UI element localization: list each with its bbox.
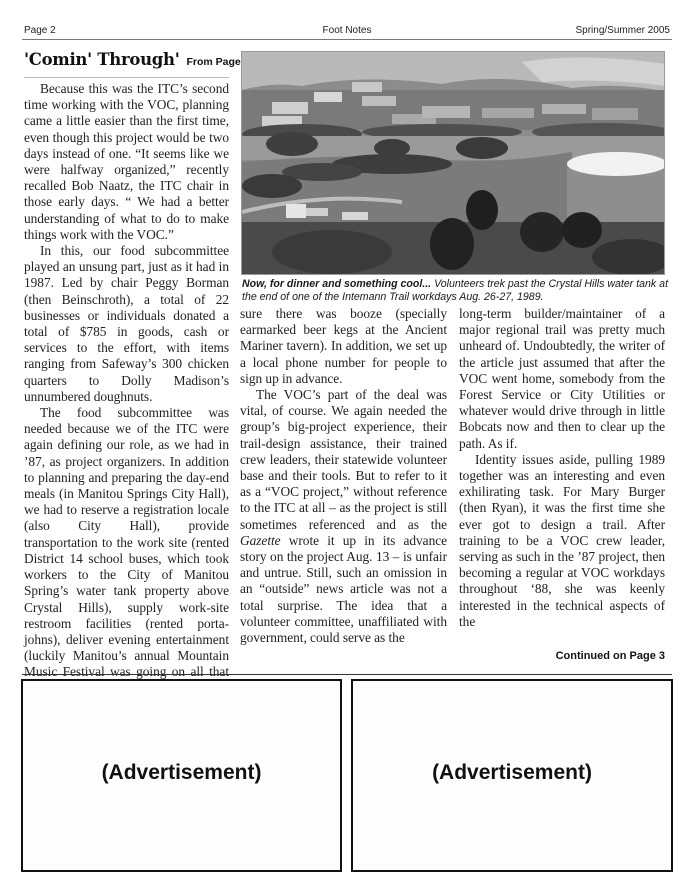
paragraph: In this, our food subcommittee played an…	[24, 243, 229, 405]
publication-name: Foot Notes	[22, 25, 672, 36]
article-column-1: Because this was the ITC’s second time w…	[24, 81, 229, 697]
continued-on-link: Continued on Page 3	[459, 650, 665, 662]
issue-date: Spring/Summer 2005	[576, 25, 671, 36]
photo-hillside-image	[242, 52, 665, 275]
caption-lead: Now, for dinner and something cool...	[242, 278, 431, 290]
publication-reference: Gazette	[240, 533, 281, 548]
article-title: 'Comin' Through'	[24, 50, 179, 69]
article-column-2: sure there was booze (specially earmarke…	[240, 306, 447, 646]
advertisement-box-right: (Advertisement)	[351, 679, 673, 872]
paragraph-text: wrote it up in its advance story on the …	[240, 533, 447, 645]
paragraph: Identity issues aside, pulling 1989 toge…	[459, 452, 665, 630]
paragraph: The food subcommittee was needed because…	[24, 405, 229, 697]
photo-caption: Now, for dinner and something cool... Vo…	[242, 278, 672, 304]
paragraph: The VOC’s part of the deal was vital, of…	[240, 387, 447, 646]
article-photo	[241, 51, 665, 275]
paragraph-text: The VOC’s part of the deal was vital, of…	[240, 387, 447, 532]
paragraph: Because this was the ITC’s second time w…	[24, 81, 229, 243]
running-header: Page 2 Foot Notes Spring/Summer 2005	[22, 22, 672, 40]
section-divider	[22, 674, 672, 675]
advertisement-label: (Advertisement)	[432, 761, 592, 785]
advertisement-label: (Advertisement)	[102, 761, 262, 785]
article-headline: 'Comin' Through' From Page 1	[24, 50, 229, 78]
paragraph: long-term builder/maintainer of a major …	[459, 306, 665, 452]
advertisement-box-left: (Advertisement)	[21, 679, 342, 872]
article-column-3: long-term builder/maintainer of a major …	[459, 306, 665, 630]
paragraph: sure there was booze (specially earmarke…	[240, 306, 447, 387]
